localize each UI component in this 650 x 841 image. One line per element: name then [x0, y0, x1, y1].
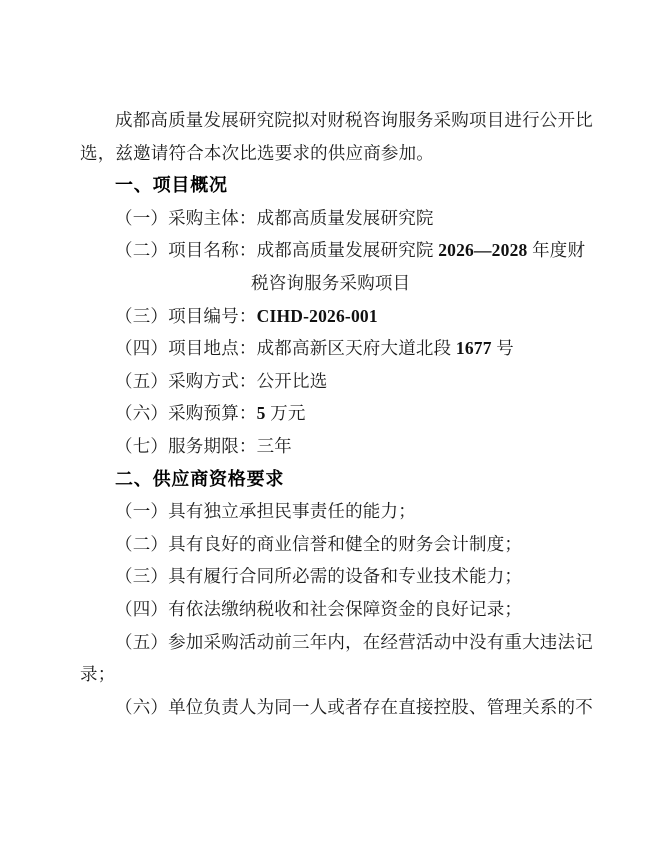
- item-project-name: （二）项目名称：成都高质量发展研究院 2026—2028 年度财: [80, 234, 572, 267]
- requirement-5-wrap: 录；: [80, 658, 572, 691]
- requirement-2: （二）具有良好的商业信誉和健全的财务会计制度；: [80, 528, 572, 561]
- requirement-3: （三）具有履行合同所必需的设备和专业技术能力；: [80, 560, 572, 593]
- intro-line-1: 成都高质量发展研究院拟对财税咨询服务采购项目进行公开比: [80, 104, 572, 137]
- requirement-6: （六）单位负责人为同一人或者存在直接控股、管理关系的不: [80, 691, 572, 724]
- item-budget-unit: 万元: [266, 403, 306, 423]
- item-project-name-continuation: 税咨询服务采购项目: [80, 267, 572, 300]
- item-project-name-years: 2026—2028: [438, 240, 527, 260]
- requirement-1: （一）具有独立承担民事责任的能力；: [80, 495, 572, 528]
- item-procurement-method: （五）采购方式：公开比选: [80, 365, 572, 398]
- intro-line-2: 选，兹邀请符合本次比选要求的供应商参加。: [80, 137, 572, 170]
- item-budget-amount: 5: [257, 403, 266, 423]
- item-project-number-value: CIHD-2026-001: [257, 306, 378, 326]
- item-budget: （六）采购预算：5 万元: [80, 397, 572, 430]
- section1-heading: 一、项目概况: [80, 169, 572, 202]
- item-project-location-tail: 号: [492, 338, 514, 358]
- item-budget-label: （六）采购预算：: [115, 403, 257, 423]
- section2-heading: 二、供应商资格要求: [80, 463, 572, 496]
- document-page: 成都高质量发展研究院拟对财税咨询服务采购项目进行公开比 选，兹邀请符合本次比选要…: [0, 0, 650, 841]
- item-purchasing-entity: （一）采购主体：成都高质量发展研究院: [80, 202, 572, 235]
- requirement-5: （五）参加采购活动前三年内，在经营活动中没有重大违法记: [80, 626, 572, 659]
- item-project-name-text: （二）项目名称：成都高质量发展研究院: [115, 240, 438, 260]
- item-project-location-number: 1677: [456, 338, 492, 358]
- item-project-number-label: （三）项目编号：: [115, 306, 257, 326]
- requirement-4: （四）有依法缴纳税收和社会保障资金的良好记录；: [80, 593, 572, 626]
- item-project-name-tail: 年度财: [528, 240, 586, 260]
- item-service-term: （七）服务期限：三年: [80, 430, 572, 463]
- item-project-location: （四）项目地点：成都高新区天府大道北段 1677 号: [80, 332, 572, 365]
- item-project-location-text: （四）项目地点：成都高新区天府大道北段: [115, 338, 456, 358]
- item-project-number: （三）项目编号：CIHD-2026-001: [80, 300, 572, 333]
